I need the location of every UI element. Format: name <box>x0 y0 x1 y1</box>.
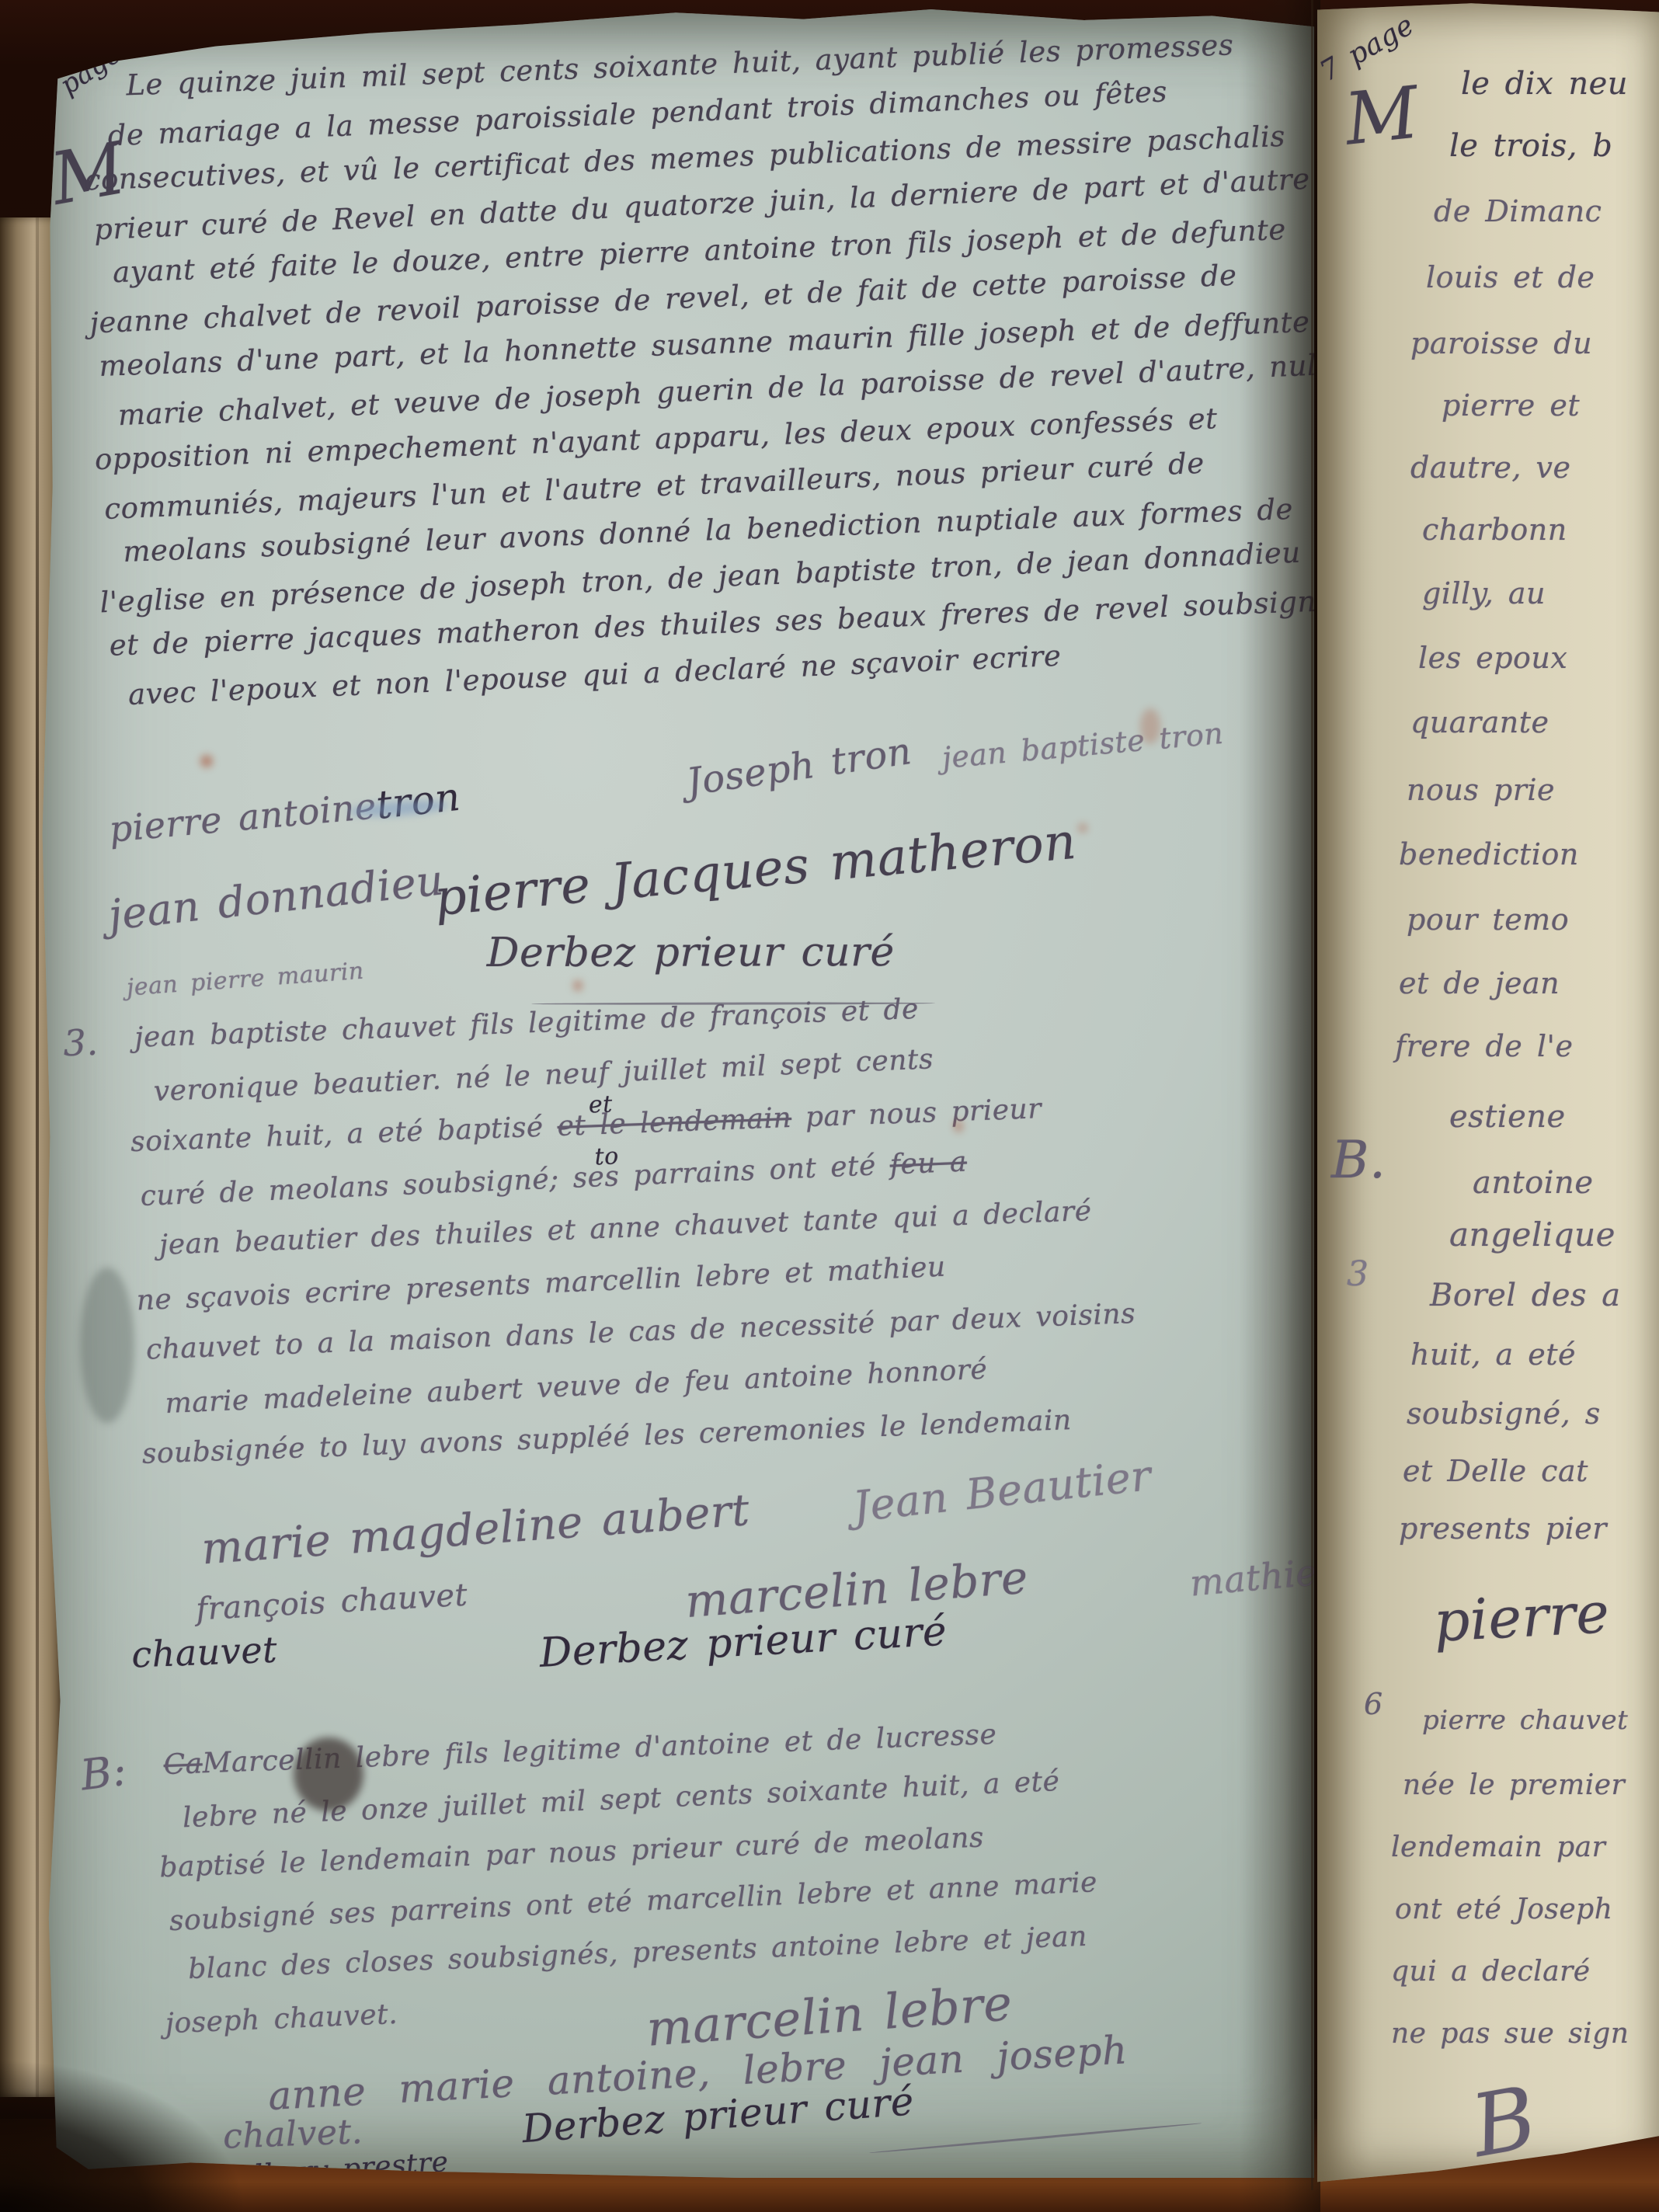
manuscript-line-fragment: dautre, ve <box>1410 450 1571 485</box>
manuscript-line-fragment: huit, a eté <box>1410 1337 1576 1372</box>
struck-segment: feu a <box>889 1146 968 1181</box>
photo-of-parish-register: 6 page M Le quinze juin mil sept cents s… <box>0 0 1659 2212</box>
margin-mark-entry1: M <box>1341 71 1423 161</box>
signature-jean-baptiste-tron: jean baptiste tron <box>941 716 1225 775</box>
struck-segment: Ca <box>163 1748 203 1781</box>
manuscript-line-fragment: et de jean <box>1399 966 1560 1000</box>
manuscript-line-fragment: ont eté Joseph <box>1395 1894 1612 1925</box>
signature-pierre-jacques-matheron: pierre Jacques matheron <box>432 813 1078 927</box>
inserted-word: to <box>593 1130 620 1183</box>
red-stain <box>1078 823 1087 833</box>
line-segment: par nous prieur <box>791 1093 1042 1134</box>
manuscript-line-fragment: née le premier <box>1403 1769 1625 1801</box>
entry2-baptism-record: jean baptiste chauvet fils legitime de f… <box>121 976 1140 1480</box>
page-edge-crease <box>36 217 39 2097</box>
manuscript-line-fragment: gilly, au <box>1422 576 1546 610</box>
manuscript-line-fragment: estiene <box>1449 1099 1566 1135</box>
red-stain <box>200 755 213 767</box>
red-stain <box>1140 708 1160 744</box>
signature-jean-donnadieu: jean donnadieu <box>106 855 446 940</box>
signature-francois-chauvet: françois chauvet <box>195 1577 468 1628</box>
red-stain <box>954 1120 963 1132</box>
grey-smudge <box>80 1268 134 1423</box>
right-page-writing: 7 page M B. 3 6 le dix neu le trois, b d… <box>1317 0 1659 2184</box>
signature-joseph-tron: Joseph tron <box>684 729 915 805</box>
signature-chauvet: chauvet <box>130 1629 277 1676</box>
manuscript-line-fragment: Borel des a <box>1430 1278 1621 1313</box>
signature-jean-pierre-maurin: jean pierre maurin <box>126 958 365 1002</box>
manuscript-line-fragment: charbonn <box>1422 513 1567 547</box>
margin-mark-entry2: 3. <box>63 1021 99 1065</box>
margin-mark-entry2-sub: 3 <box>1347 1254 1369 1294</box>
margin-mark-entry3: B: <box>78 1746 129 1800</box>
manuscript-line-fragment: angelique <box>1449 1216 1616 1254</box>
manuscript-line-fragment: les epoux <box>1418 641 1567 675</box>
right-page: 7 page M B. 3 6 le dix neu le trois, b d… <box>1317 0 1659 2184</box>
signature-pierre-antoine: pierre antoine <box>107 784 377 850</box>
red-stain <box>573 980 583 991</box>
manuscript-line-fragment: quarante <box>1410 705 1549 739</box>
manuscript-line-fragment: pierre et <box>1442 388 1580 423</box>
signature-derbez-prieur-cure-2: Derbez prieur curé <box>538 1609 948 1677</box>
corner-vignette <box>0 2010 326 2212</box>
gutter-shadow <box>1240 0 1320 2212</box>
manuscript-line-fragment: benediction <box>1399 837 1579 871</box>
manuscript-line-fragment: nous prie <box>1407 773 1555 807</box>
left-page-writing: 6 page M Le quinze juin mil sept cents s… <box>14 0 1369 2203</box>
manuscript-line-fragment: qui a declaré <box>1391 1956 1591 1988</box>
manuscript-line-fragment: et Delle cat <box>1403 1454 1588 1488</box>
left-page: 6 page M Le quinze juin mil sept cents s… <box>37 9 1314 2178</box>
gutter-fold-line <box>1311 0 1313 2190</box>
margin-mark-entry3: 6 <box>1364 1687 1383 1721</box>
signature-jean-beautier: Jean Beautier <box>850 1451 1153 1532</box>
manuscript-line-fragment: antoine <box>1473 1165 1594 1201</box>
ink-blot <box>294 1737 363 1811</box>
manuscript-line-fragment: presents pier <box>1399 1511 1607 1546</box>
signature-derbez-prieur-cure-1: Derbez prieur curé <box>487 929 895 976</box>
line-segment: soixante huit, a eté baptisé <box>130 1111 558 1158</box>
inserted-word: et <box>588 1078 614 1131</box>
manuscript-line-fragment: pierre chauvet <box>1422 1705 1628 1736</box>
manuscript-line-fragment: de Dimanc <box>1434 194 1602 228</box>
manuscript-line-fragment: pour temo <box>1407 903 1569 937</box>
manuscript-line-fragment: soubsigné, s <box>1407 1396 1601 1431</box>
ink-flourish <box>869 2122 1202 2154</box>
manuscript-line-fragment: le trois, b <box>1449 128 1612 164</box>
manuscript-line-fragment: le dix neu <box>1461 66 1628 102</box>
manuscript-line-fragment: paroisse du <box>1410 326 1592 360</box>
manuscript-line-fragment: ne pas sue sign <box>1391 2018 1629 2050</box>
manuscript-line-fragment: lendemain par <box>1391 1831 1605 1863</box>
signature-marie-magdeline-aubert: marie magdeline aubert <box>200 1485 751 1574</box>
manuscript-line-fragment: frere de l'e <box>1395 1029 1573 1063</box>
manuscript-line-fragment: louis et de <box>1426 260 1595 294</box>
entry1-marriage-record: Le quinze juin mil sept cents soixante h… <box>75 19 1355 717</box>
signature-pierre-fragment: pierre <box>1432 1580 1611 1654</box>
margin-mark-entry2: B. <box>1331 1130 1386 1190</box>
